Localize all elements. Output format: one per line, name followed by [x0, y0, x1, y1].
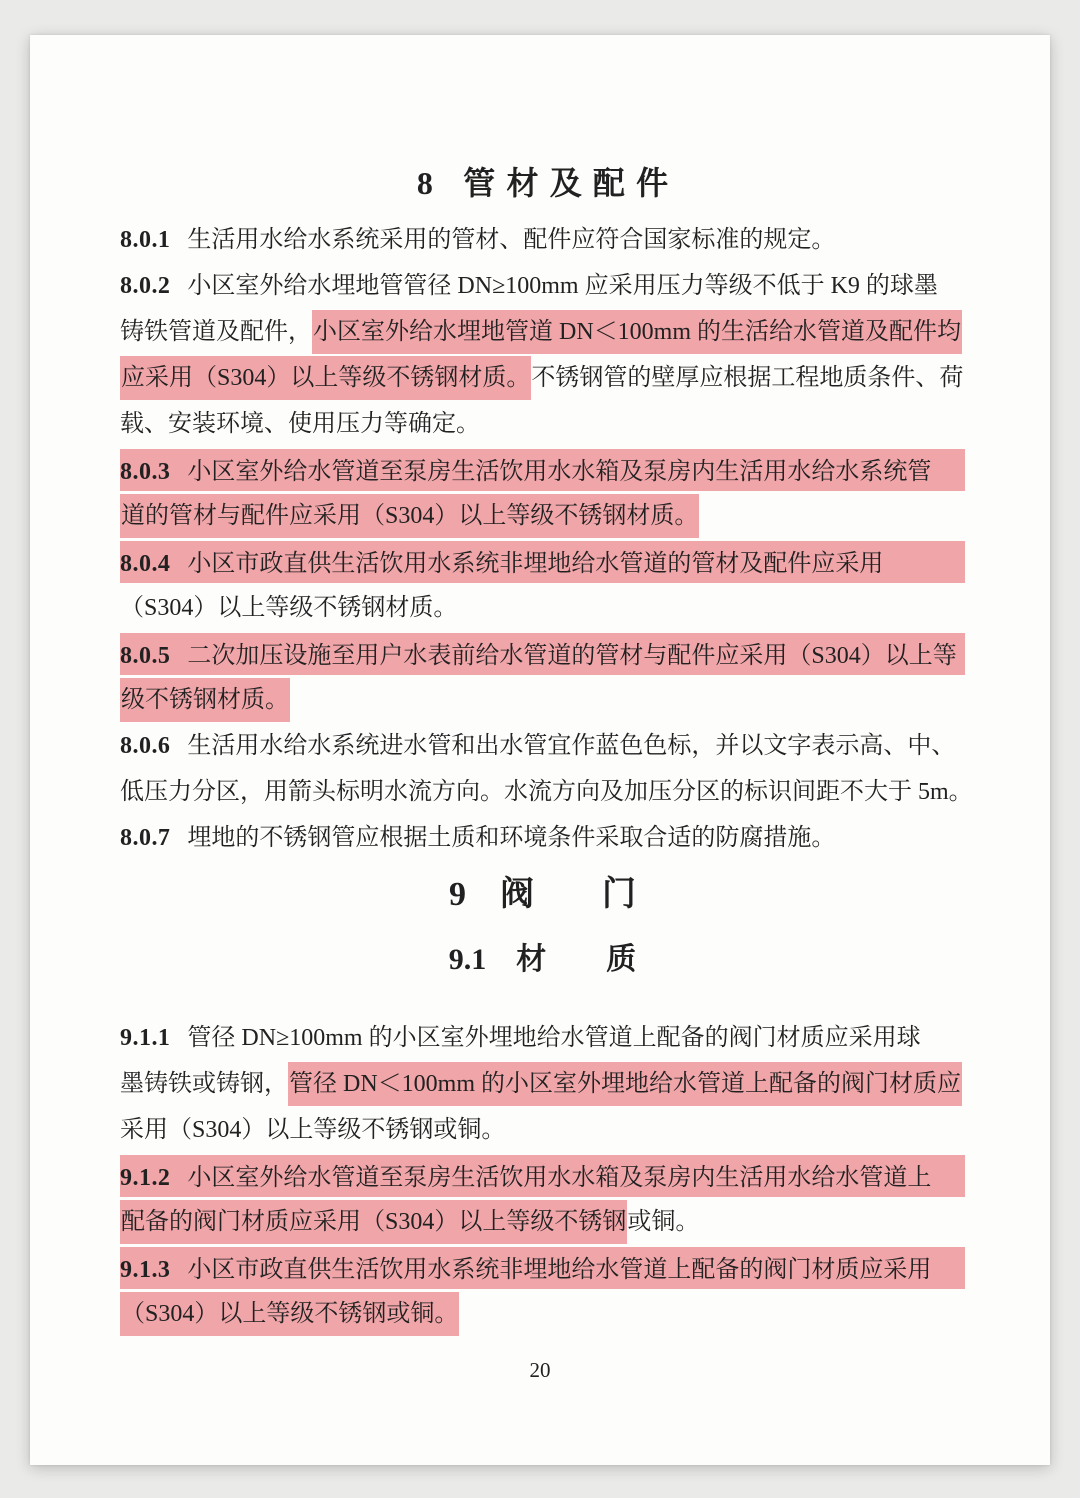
- clause-8-0-6-line-1: 8.0.6生活用水给水系统进水管和出水管宜作蓝色色标，并以文字表示高、中、: [120, 723, 965, 769]
- body-text: 生活用水给水系统采用的管材、配件应符合国家标准的规定。: [187, 227, 835, 253]
- document-page: 8 管材及配件8.0.1生活用水给水系统采用的管材、配件应符合国家标准的规定。8…: [30, 35, 1050, 1465]
- clause-8-0-2-line-1: 8.0.2小区室外给水埋地管管径 DN≥100mm 应采用压力等级不低于 K9 …: [120, 263, 965, 309]
- clause-9-1-3: 9.1.3小区市政直供生活饮用水系统非埋地给水管道上配备的阀门材质应采用（S30…: [120, 1245, 965, 1337]
- clause-number: 8.0.5: [120, 643, 170, 669]
- clause-8-0-6: 8.0.6生活用水给水系统进水管和出水管宜作蓝色色标，并以文字表示高、中、低压力…: [120, 723, 965, 815]
- clause-9-1-2: 9.1.2小区室外给水管道至泵房生活饮用水水箱及泵房内生活用水给水管道上配备的阀…: [120, 1153, 965, 1245]
- clause-8-0-2-line-3: 应采用（S304）以上等级不锈钢材质。不锈钢管的壁厚应根据工程地质条件、荷: [120, 355, 965, 401]
- body-text: 载、安装环境、使用压力等确定。: [120, 411, 480, 437]
- clause-9-1-1: 9.1.1管径 DN≥100mm 的小区室外埋地给水管道上配备的阀门材质应采用球…: [120, 1015, 965, 1153]
- clause-9-1-1-line-2: 墨铸铁或铸钢，管径 DN＜100mm 的小区室外埋地给水管道上配备的阀门材质应: [120, 1061, 965, 1107]
- highlighted-text: 管径 DN＜100mm 的小区室外埋地给水管道上配备的阀门材质应: [288, 1062, 962, 1106]
- clause-number: 8.0.1: [120, 227, 170, 253]
- page-number: 20: [30, 1358, 1050, 1383]
- body-text: 埋地的不锈钢管应根据土质和环境条件采取合适的防腐措施。: [187, 825, 835, 851]
- body-text: 不锈钢管的壁厚应根据工程地质条件、荷: [531, 365, 963, 391]
- clause-8-0-3-line-2: 道的管材与配件应采用（S304）以上等级不锈钢材质。: [120, 493, 965, 539]
- clause-number: 8.0.7: [120, 825, 170, 851]
- body-text: 采用（S304）以上等级不锈钢或铜。: [120, 1117, 505, 1143]
- clause-8-0-5: 8.0.5二次加压设施至用户水表前给水管道的管材与配件应采用（S304）以上等级…: [120, 631, 965, 723]
- body-text: 管径 DN≥100mm 的小区室外埋地给水管道上配备的阀门材质应采用球: [187, 1025, 920, 1051]
- chapter-9-heading: 9 阀 门: [120, 871, 965, 919]
- clause-8-0-2-line-4: 载、安装环境、使用压力等确定。: [120, 401, 965, 447]
- clause-8-0-5-line-2: 级不锈钢材质。: [120, 677, 965, 723]
- body-text: 小区室外给水埋地管管径 DN≥100mm 应采用压力等级不低于 K9 的球墨: [187, 273, 938, 299]
- clause-8-0-2: 8.0.2小区室外给水埋地管管径 DN≥100mm 应采用压力等级不低于 K9 …: [120, 263, 965, 447]
- body-text: 小区市政直供生活饮用水系统非埋地给水管道的管材及配件应采用: [187, 551, 883, 577]
- section-9-1-heading: 9.1 材 质: [120, 939, 965, 981]
- clause-8-0-1: 8.0.1生活用水给水系统采用的管材、配件应符合国家标准的规定。: [120, 217, 965, 263]
- body-text: 二次加压设施至用户水表前给水管道的管材与配件应采用（S304）以上等: [187, 643, 956, 669]
- highlighted-text: 应采用（S304）以上等级不锈钢材质。: [120, 356, 531, 400]
- document-content: 8 管材及配件8.0.1生活用水给水系统采用的管材、配件应符合国家标准的规定。8…: [30, 35, 1050, 1337]
- highlighted-text: （S304）以上等级不锈钢或铜。: [120, 1292, 459, 1336]
- clause-number: 9.1.2: [120, 1165, 170, 1191]
- body-text: （S304）以上等级不锈钢材质。: [120, 595, 457, 621]
- clause-9-1-1-line-3: 采用（S304）以上等级不锈钢或铜。: [120, 1107, 965, 1153]
- clause-number: 8.0.4: [120, 551, 170, 577]
- clause-number: 8.0.2: [120, 273, 170, 299]
- clause-9-1-2-line-2: 配备的阀门材质应采用（S304）以上等级不锈钢或铜。: [120, 1199, 965, 1245]
- clause-8-0-3-line-1-highlighted: 8.0.3小区室外给水管道至泵房生活饮用水水箱及泵房内生活用水给水系统管: [120, 447, 965, 493]
- clause-number: 9.1.1: [120, 1025, 170, 1051]
- body-text: 小区市政直供生活饮用水系统非埋地给水管道上配备的阀门材质应采用: [187, 1257, 931, 1283]
- clause-9-1-2-line-1-highlighted: 9.1.2小区室外给水管道至泵房生活饮用水水箱及泵房内生活用水给水管道上: [120, 1153, 965, 1199]
- highlighted-text: 配备的阀门材质应采用（S304）以上等级不锈钢: [120, 1200, 627, 1244]
- chapter-8-heading: 8 管材及配件: [120, 163, 965, 203]
- clause-number: 9.1.3: [120, 1257, 170, 1283]
- body-text: 低压力分区，用箭头标明水流方向。水流方向及加压分区的标识间距不大于 5m。: [120, 779, 973, 805]
- body-text: 小区室外给水管道至泵房生活饮用水水箱及泵房内生活用水给水管道上: [187, 1165, 931, 1191]
- clause-9-1-1-line-1: 9.1.1管径 DN≥100mm 的小区室外埋地给水管道上配备的阀门材质应采用球: [120, 1015, 965, 1061]
- clause-8-0-7: 8.0.7埋地的不锈钢管应根据土质和环境条件采取合适的防腐措施。: [120, 815, 965, 861]
- clause-8-0-3: 8.0.3小区室外给水管道至泵房生活饮用水水箱及泵房内生活用水给水系统管道的管材…: [120, 447, 965, 539]
- clause-8-0-6-line-2: 低压力分区，用箭头标明水流方向。水流方向及加压分区的标识间距不大于 5m。: [120, 769, 965, 815]
- clause-8-0-5-line-1-highlighted: 8.0.5二次加压设施至用户水表前给水管道的管材与配件应采用（S304）以上等: [120, 631, 965, 677]
- clause-9-1-3-line-1-highlighted: 9.1.3小区市政直供生活饮用水系统非埋地给水管道上配备的阀门材质应采用: [120, 1245, 965, 1291]
- clause-8-0-4: 8.0.4小区市政直供生活饮用水系统非埋地给水管道的管材及配件应采用（S304）…: [120, 539, 965, 631]
- clause-8-0-1-line-1: 8.0.1生活用水给水系统采用的管材、配件应符合国家标准的规定。: [120, 217, 965, 263]
- clause-8-0-4-line-1-highlighted: 8.0.4小区市政直供生活饮用水系统非埋地给水管道的管材及配件应采用: [120, 539, 965, 585]
- body-text: 墨铸铁或铸钢，: [120, 1071, 288, 1097]
- highlighted-text: 小区室外给水埋地管道 DN＜100mm 的生活给水管道及配件均: [312, 310, 962, 354]
- clause-8-0-2-line-2: 铸铁管道及配件，小区室外给水埋地管道 DN＜100mm 的生活给水管道及配件均: [120, 309, 965, 355]
- highlighted-text: 级不锈钢材质。: [120, 678, 290, 722]
- clause-9-1-3-line-2: （S304）以上等级不锈钢或铜。: [120, 1291, 965, 1337]
- clause-8-0-7-line-1: 8.0.7埋地的不锈钢管应根据土质和环境条件采取合适的防腐措施。: [120, 815, 965, 861]
- clause-number: 8.0.3: [120, 459, 170, 485]
- highlighted-text: 道的管材与配件应采用（S304）以上等级不锈钢材质。: [120, 494, 699, 538]
- body-text: 铸铁管道及配件，: [120, 319, 312, 345]
- body-text: 生活用水给水系统进水管和出水管宜作蓝色色标，并以文字表示高、中、: [187, 733, 955, 759]
- clause-8-0-4-line-2: （S304）以上等级不锈钢材质。: [120, 585, 965, 631]
- body-text: 或铜。: [627, 1209, 699, 1235]
- clause-number: 8.0.6: [120, 733, 170, 759]
- body-text: 小区室外给水管道至泵房生活饮用水水箱及泵房内生活用水给水系统管: [187, 459, 931, 485]
